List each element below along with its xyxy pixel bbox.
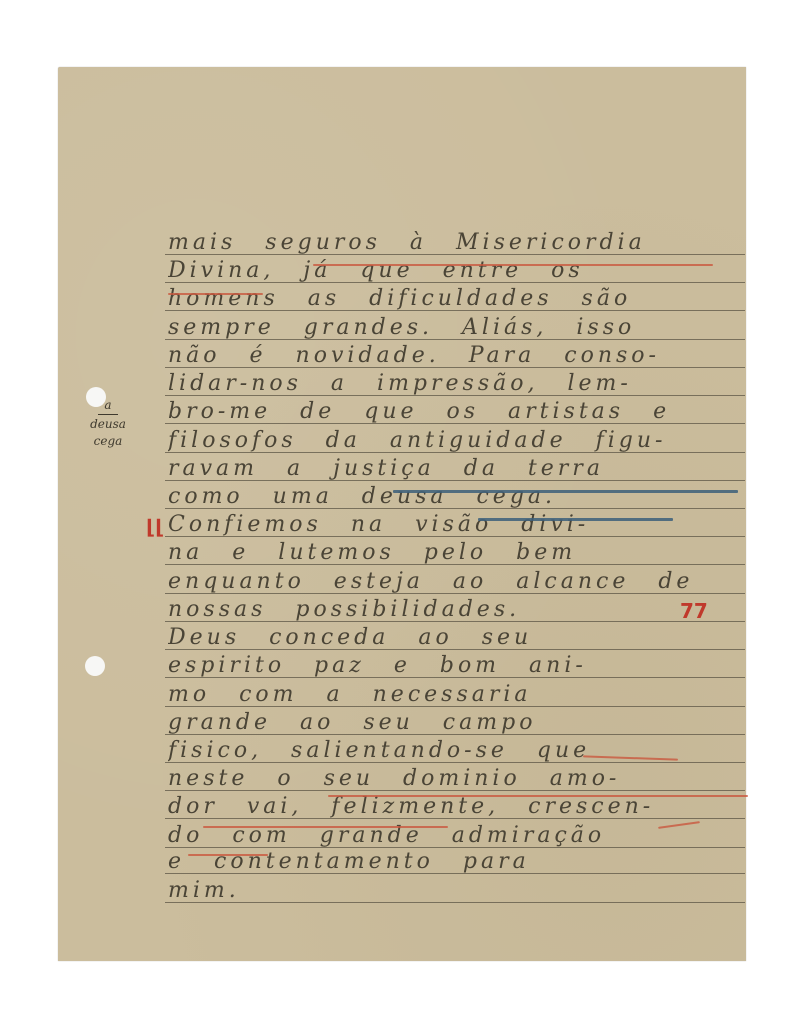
margin-note: a deusa cega bbox=[83, 397, 133, 450]
text-line: e contentamento para bbox=[168, 848, 743, 876]
red-underline bbox=[328, 795, 748, 797]
paragraph-end-mark: 77 bbox=[680, 599, 708, 623]
text-line: Deus conceda ao seu bbox=[168, 624, 743, 652]
margin-note-line: deusa bbox=[83, 416, 133, 433]
text-line: mim. bbox=[168, 877, 743, 905]
margin-note-line: cega bbox=[83, 433, 133, 450]
text-line: Divina, já que entre os bbox=[168, 257, 743, 285]
text-line: enquanto esteja ao alcance de bbox=[168, 568, 743, 596]
text-line: filosofos da antiguidade figu- bbox=[168, 427, 743, 455]
text-line: sempre grandes. Aliás, isso bbox=[168, 314, 743, 342]
text-line: fisico, salientando-se que bbox=[168, 737, 743, 765]
text-line: homens as dificuldades são bbox=[168, 285, 743, 313]
red-underline bbox=[168, 293, 263, 295]
text-line: mais seguros à Misericordia bbox=[168, 229, 743, 257]
text-line: como uma deusa cega. bbox=[168, 483, 743, 511]
text-line: lidar-nos a impressão, lem- bbox=[168, 370, 743, 398]
text-line: espirito paz e bom ani- bbox=[168, 652, 743, 680]
text-line: dor vai, felizmente, crescen- bbox=[168, 793, 743, 821]
blue-underline bbox=[478, 518, 673, 521]
paragraph-start-mark: ⌊⌊ bbox=[146, 515, 164, 539]
margin-note-line: a bbox=[83, 397, 133, 414]
punch-hole-bottom bbox=[85, 656, 105, 676]
red-underline bbox=[188, 854, 268, 856]
text-line: ravam a justiça da terra bbox=[168, 455, 743, 483]
text-line: na e lutemos pelo bem bbox=[168, 539, 743, 567]
text-line: mo com a necessaria bbox=[168, 681, 743, 709]
text-line: neste o seu dominio amo- bbox=[168, 765, 743, 793]
text-line: não é novidade. Para conso- bbox=[168, 342, 743, 370]
blue-underline bbox=[393, 490, 738, 493]
text-line: bro-me de que os artistas e bbox=[168, 398, 743, 426]
red-underline bbox=[203, 826, 448, 828]
text-line: grande ao seu campo bbox=[168, 709, 743, 737]
text-line: Confiemos na visão divi- bbox=[168, 511, 743, 539]
text-line: nossas possibilidades. bbox=[168, 596, 743, 624]
letter-page: a deusa cega mais seguros à Misericordia… bbox=[58, 67, 746, 961]
red-underline bbox=[313, 264, 713, 266]
